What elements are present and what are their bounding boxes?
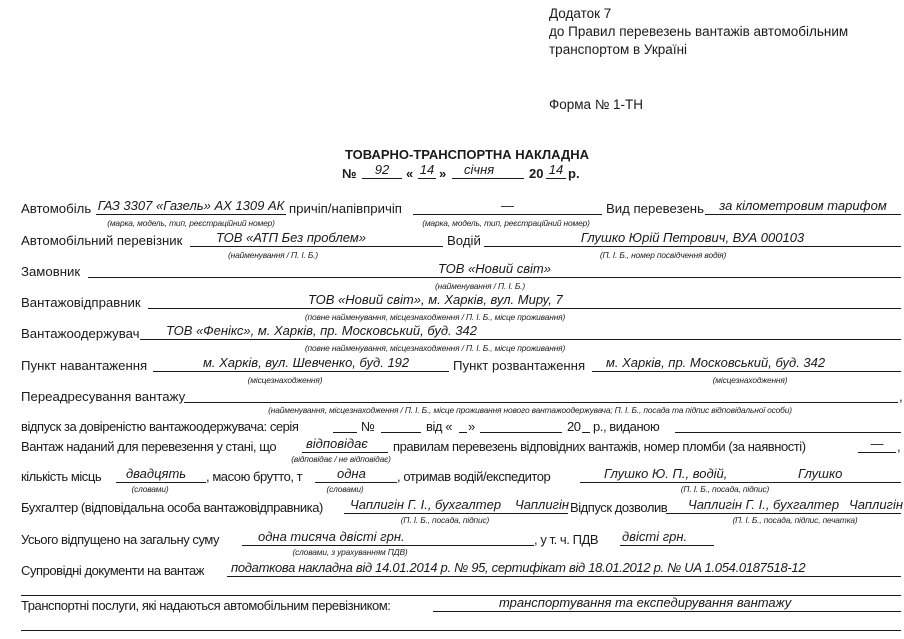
vat-label: , у т. ч. ПДВ: [534, 532, 598, 547]
year-label: р.: [568, 166, 580, 181]
services-field[interactable]: транспортування та експедирування вантаж…: [433, 596, 901, 612]
accountant-signature: Чаплигін: [515, 497, 569, 512]
poa-year-label: р., виданою: [593, 419, 659, 434]
gross-weight-caption: (словами): [315, 484, 375, 494]
unloading-point-label: Пункт розвантаження: [453, 358, 585, 373]
consignee-label: Вантажоодержувач: [21, 326, 140, 341]
documents-label: Супровідні документи на вантаж: [21, 563, 204, 578]
consignee-caption: (повне найменування, місцезнаходження / …: [260, 343, 610, 353]
condition-label: Вантаж наданий для перевезення у стані, …: [21, 439, 276, 454]
redirect-caption: (найменування, місцезнаходження / П. І. …: [200, 405, 860, 415]
poa-month-field[interactable]: [480, 417, 562, 433]
form-number: Форма № 1-ТН: [549, 96, 643, 114]
services-label: Транспортні послуги, які надаються автом…: [21, 598, 390, 613]
doc-year-field[interactable]: 14: [546, 163, 566, 179]
customer-field[interactable]: ТОВ «Новий світ»: [88, 262, 901, 278]
doc-number-field[interactable]: 92: [362, 163, 402, 179]
condition-trailing-comma: ,: [897, 439, 900, 454]
vehicle-caption: (марка, модель, тип, реєстраційний номер…: [86, 218, 296, 228]
carrier-caption: (найменування / П. І. Б.): [213, 250, 333, 260]
appendix-title: Додаток 7: [549, 5, 611, 23]
gross-weight-field[interactable]: одна: [315, 467, 397, 483]
poa-series-field[interactable]: [333, 417, 357, 433]
document-title: ТОВАРНО-ТРАНСПОРТНА НАКЛАДНА: [345, 147, 589, 162]
driver-caption: (П. І. Б., номер посвідчення водія): [568, 250, 758, 260]
accountant-caption: (П. І. Б., посада, підпис): [390, 515, 500, 525]
vat-field[interactable]: двісті грн.: [620, 530, 714, 546]
accountant-field[interactable]: Чаплигін Г. І., бухгалтер Чаплигін: [344, 498, 568, 514]
condition-field[interactable]: відповідає: [302, 437, 388, 453]
customer-label: Замовник: [21, 264, 80, 279]
release-allowed-field[interactable]: Чаплигін Г. І., бухгалтер Чаплигін: [666, 498, 901, 514]
shipper-label: Вантажовідправник: [21, 295, 141, 310]
poa-number-field[interactable]: [381, 417, 421, 433]
poa-year-field[interactable]: [582, 417, 590, 433]
unloading-point-field[interactable]: м. Харків, пр. Московський, буд. 342: [592, 356, 901, 372]
day-open-quote: «: [406, 166, 413, 181]
places-field[interactable]: двадцять: [116, 467, 206, 483]
total-sum-label: Усього відпущено на загальну суму: [21, 532, 219, 547]
seal-number-field[interactable]: —: [858, 437, 896, 453]
gross-weight-label: , масою брутто, т: [206, 469, 302, 484]
documents-field[interactable]: податкова накладна від 14.01.2014 р. № 9…: [227, 561, 901, 577]
redirect-trailing-comma: ,: [899, 389, 903, 404]
loading-point-label: Пункт навантаження: [21, 358, 147, 373]
carrier-label: Автомобільний перевізник: [21, 233, 182, 248]
day-close-quote: »: [439, 166, 446, 181]
unloading-point-caption: (місцезнаходження): [690, 375, 810, 385]
appendix-line2: до Правил перевезень вантажів автомобіль…: [549, 23, 848, 41]
received-by-field[interactable]: Глушко Ю. П., водій, Глушко: [580, 467, 901, 483]
release-allowed-caption: (П. І. Б., посада, підпис, печатка): [720, 515, 870, 525]
poa-date-close: »: [468, 419, 475, 434]
appendix-line3: транспортом в Україні: [549, 41, 687, 59]
doc-month-field[interactable]: січня: [452, 163, 524, 179]
release-allowed-signature: Чаплигін: [849, 497, 903, 512]
poa-date-label: від «: [426, 419, 452, 434]
condition-caption: (відповідає / не відповідає): [276, 454, 406, 464]
trailer-label: причіп/напівпричіп: [289, 201, 402, 216]
total-sum-caption: (словами, з урахуванням ПДВ): [285, 547, 415, 557]
transport-type-field[interactable]: за кілометровим тарифом: [705, 199, 901, 215]
consignee-field[interactable]: ТОВ «Фенікс», м. Харків, пр. Московський…: [140, 324, 901, 340]
places-label: кількість місць: [21, 469, 101, 484]
poa-day-field[interactable]: [459, 417, 467, 433]
vehicle-label: Автомобіль: [21, 201, 91, 216]
trailer-caption: (марка, модель, тип, реєстраційний номер…: [400, 218, 612, 228]
poa-no-label: №: [361, 419, 375, 434]
services-extra-line[interactable]: [21, 615, 901, 631]
redirect-label: Переадресування вантажу: [21, 389, 185, 404]
documents-extra-line[interactable]: [21, 580, 901, 596]
received-by-caption: (П. І. Б., посада, підпис): [660, 484, 790, 494]
transport-type-label: Вид перевезень: [606, 201, 704, 216]
shipper-caption: (повне найменування, місцезнаходження / …: [260, 312, 610, 322]
received-by-label: , отримав водій/експедитор: [397, 469, 550, 484]
shipper-field[interactable]: ТОВ «Новий світ», м. Харків, вул. Миру, …: [148, 293, 901, 309]
received-by-signature: Глушко: [798, 466, 842, 481]
power-of-attorney-label: відпуск за довіреністю вантажоодержувача…: [21, 419, 298, 434]
release-allowed-label: Відпуск дозволив: [570, 500, 667, 515]
customer-caption: (найменування / П. І. Б.): [420, 281, 540, 291]
driver-field[interactable]: Глушко Юрій Петрович, ВУА 000103: [484, 231, 901, 247]
condition-label2: правилам перевезень відповідних вантажів…: [393, 439, 806, 454]
total-sum-field[interactable]: одна тисяча двісті грн.: [242, 530, 534, 546]
loading-point-caption: (місцезнаходження): [225, 375, 345, 385]
poa-year-prefix: 20: [567, 419, 581, 434]
title-no-label: №: [342, 166, 357, 181]
trailer-field[interactable]: —: [413, 199, 602, 215]
year-prefix: 20: [529, 166, 543, 181]
doc-day-field[interactable]: 14: [418, 163, 436, 179]
places-caption: (словами): [120, 484, 180, 494]
accountant-label: Бухгалтер (відповідальна особа вантажові…: [21, 500, 323, 515]
vehicle-field[interactable]: ГАЗ 3307 «Газель» АХ 1309 АК: [96, 199, 286, 215]
loading-point-field[interactable]: м. Харків, вул. Шевченко, буд. 192: [153, 356, 449, 372]
poa-issued-to-field[interactable]: [675, 417, 901, 433]
redirect-field[interactable]: [184, 387, 898, 403]
driver-label: Водій: [447, 233, 481, 248]
carrier-field[interactable]: ТОВ «АТП Без проблем»: [190, 231, 443, 247]
